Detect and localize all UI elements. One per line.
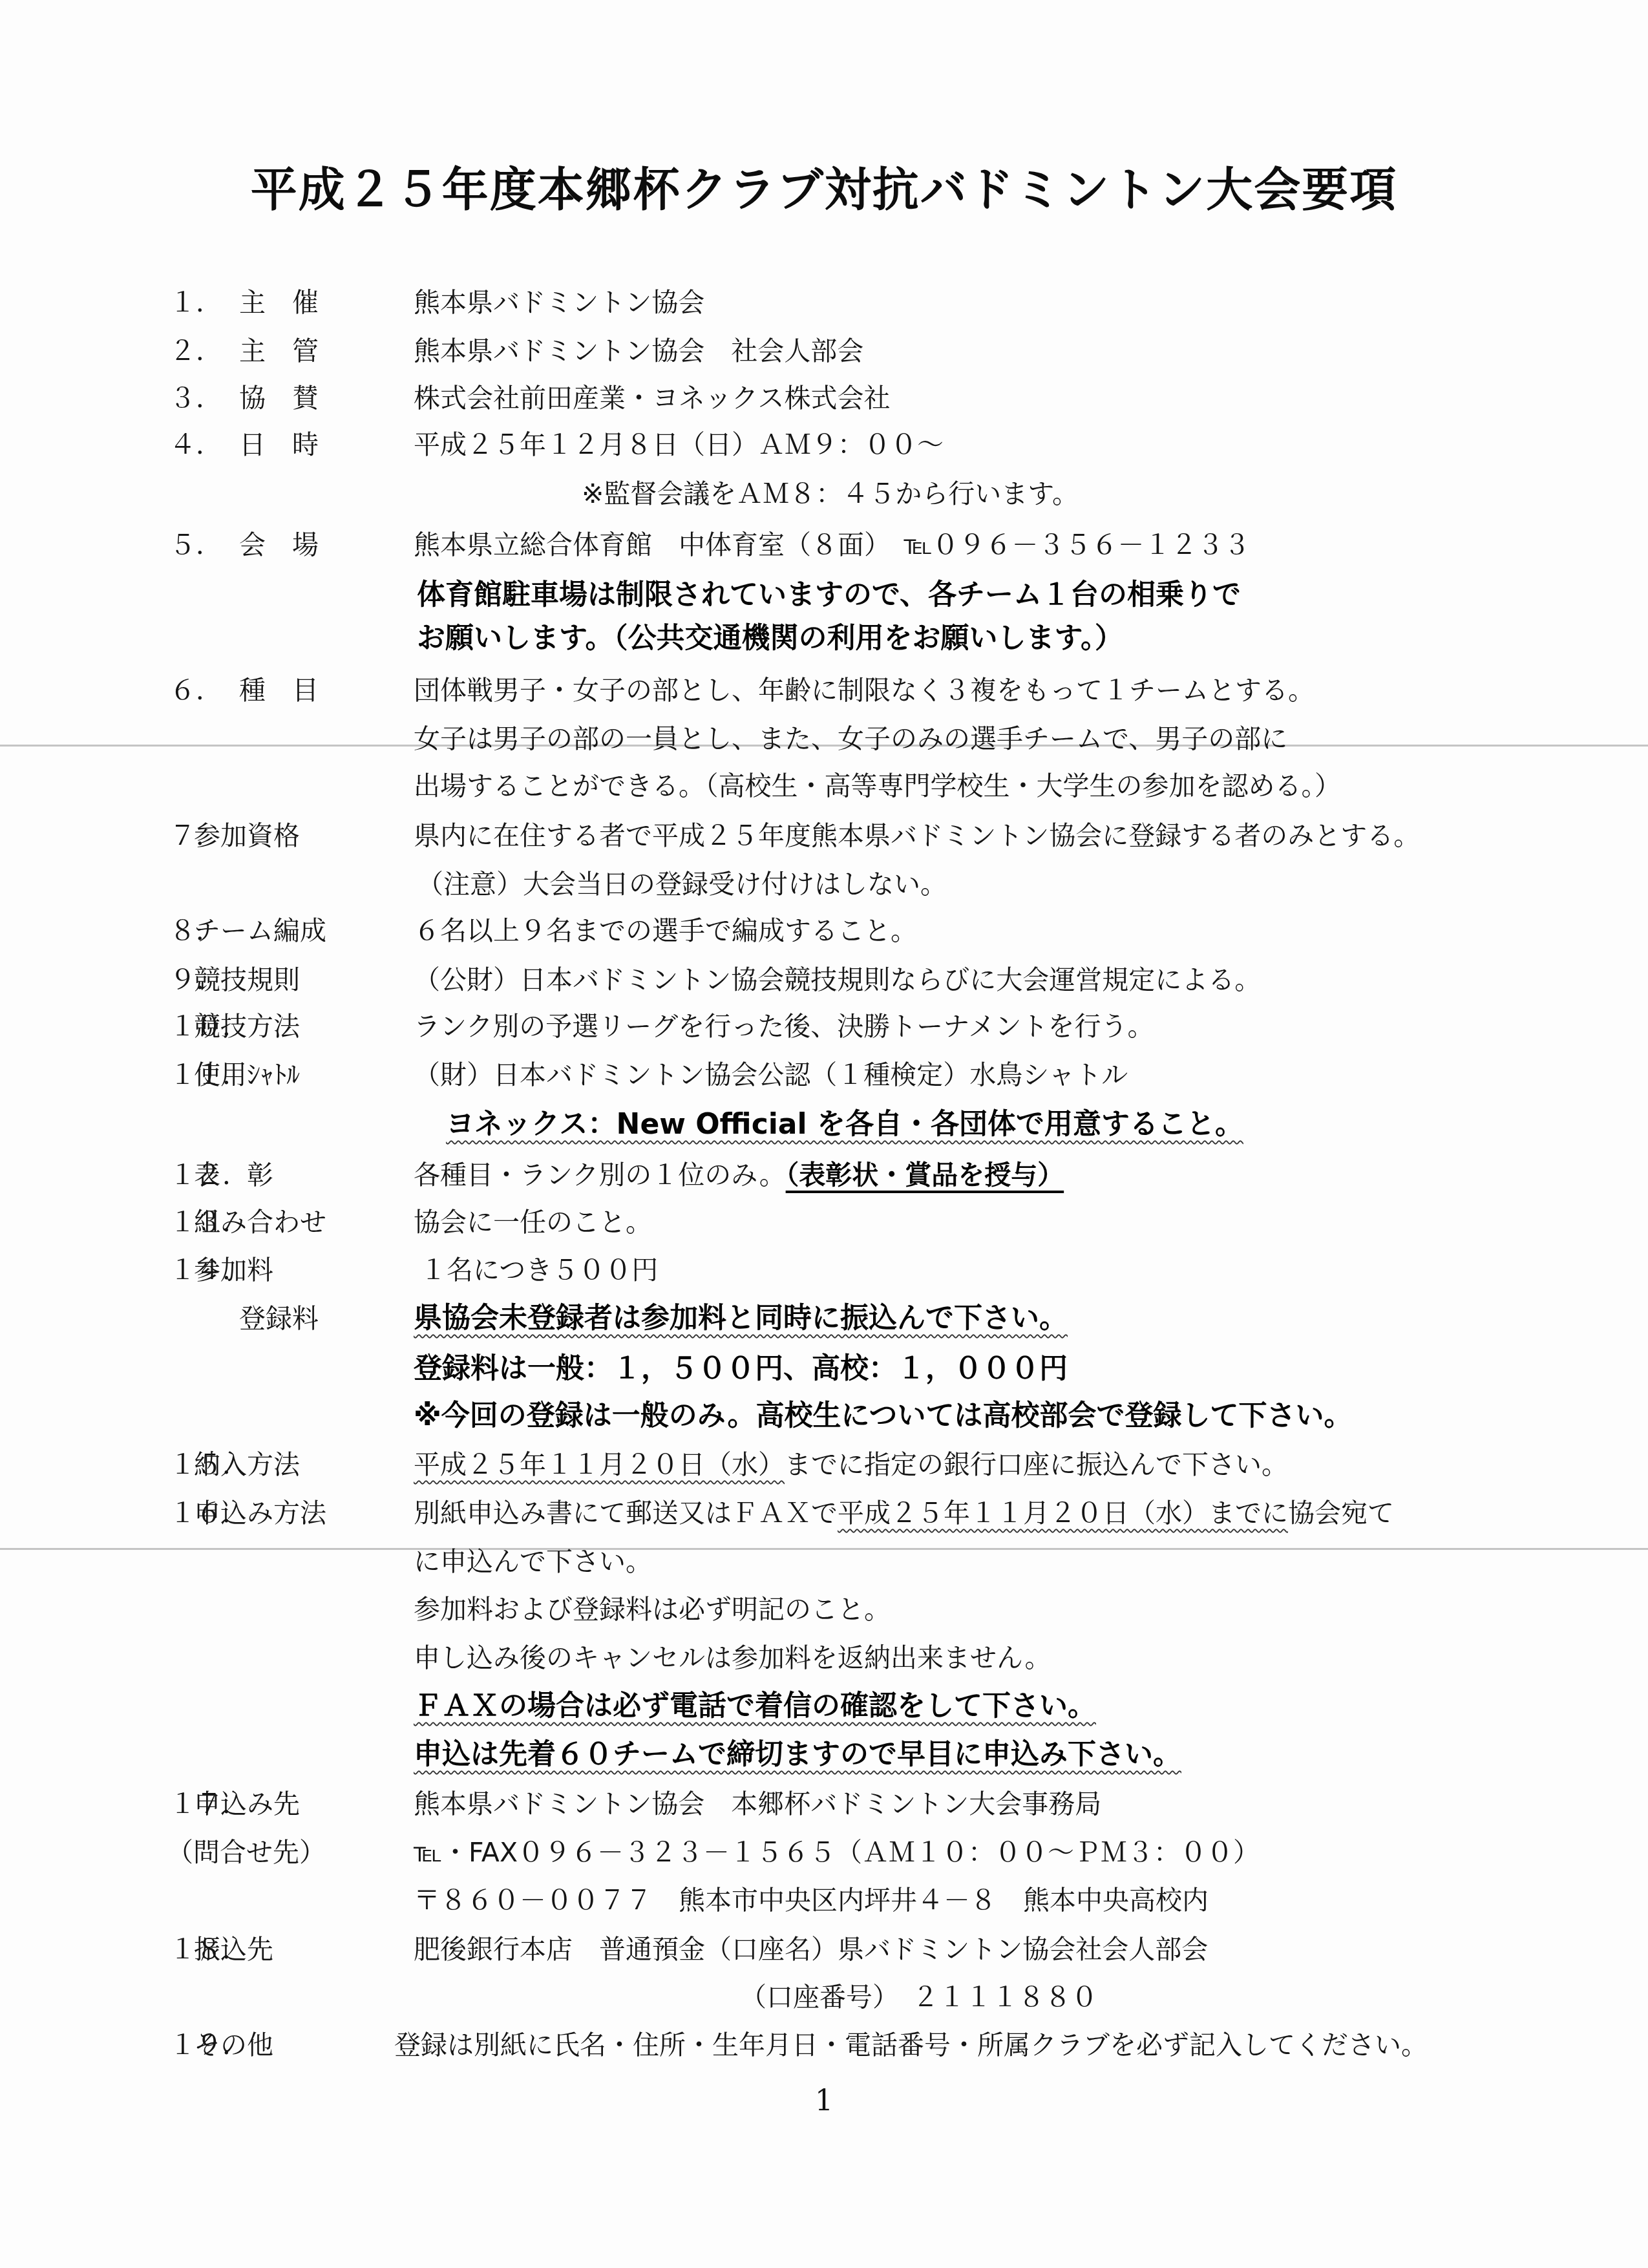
item-value: ランク別の予選リーグを行った後、決勝トーナメントを行う。 (414, 1008, 1154, 1044)
registration-note: ※今回の登録は一般のみ。高校生については高校部会で登録して下さい。 (414, 1398, 1353, 1434)
item-label: 主 管 (239, 333, 319, 369)
item-label: 会 場 (239, 527, 319, 563)
item-value: １名につき５００円 (420, 1252, 658, 1288)
item-value: 協会に一任のこと。 (414, 1204, 652, 1240)
item-value: 平成２５年１１月２０日（水）までに指定の銀行口座に振込んで下さい。 (414, 1447, 1288, 1483)
item-label: チーム編成 (194, 913, 326, 949)
awards-detail: （表彰状・賞品を授与） (786, 1160, 1064, 1191)
item-label: 主 催 (239, 284, 319, 321)
item-label: 競技規則 (194, 962, 300, 998)
account-number: （口座番号） ２１１１８８０ (740, 1979, 1098, 2015)
item-label: 組み合わせ (194, 1204, 326, 1240)
registration-fee-amounts: 登録料は一般：１，５００円、高校：１，０００円 (414, 1351, 1068, 1387)
item-label: 日 時 (239, 427, 319, 463)
item-value: （公財）日本バドミントン協会競技規則ならびに大会運営規定による。 (414, 962, 1261, 998)
managers-meeting-note: ※監督会議をＡＭ８：４５から行います。 (582, 476, 1079, 512)
contact-address: 〒８６０－００７７ 熊本市中央区内坪井４－８ 熊本中央高校内 (414, 1882, 1209, 1918)
item-number: ４． (169, 427, 222, 463)
item-number: １． (169, 284, 222, 321)
eligibility-note: （注意）大会当日の登録受け付けはしない。 (417, 866, 947, 902)
item-label: 申込み方法 (194, 1495, 326, 1531)
item-label: 納入方法 (194, 1447, 300, 1483)
item-value: 熊本県バドミントン協会 社会人部会 (414, 333, 863, 369)
events-line-2: 女子は男子の部の一員とし、また、女子のみの選手チームで、男子の部に (414, 721, 1287, 757)
contact-phone-fax: ℡・FAX０９６－３２３－１５６５（ＡＭ１０：００～ＰＭ３：００） (414, 1834, 1260, 1871)
item-value: 各種目・ランク別の１位のみ。（表彰状・賞品を授与） (414, 1157, 1064, 1193)
page-number: 1 (0, 2084, 1648, 2117)
item-label: 種 目 (239, 672, 319, 708)
item-value: 熊本県バドミントン協会 本郷杯バドミントン大会事務局 (414, 1786, 1101, 1822)
payment-deadline: 平成２５年１１月２０日（水） (414, 1449, 785, 1480)
application-deadline: 平成２５年１１月２０日（水）までに (838, 1498, 1288, 1529)
application-line-3: 参加料および登録料は必ず明記のこと。 (414, 1591, 891, 1627)
item-value: 団体戦男子・女子の部とし、年齢に制限なく３複をもって１チームとする。 (414, 672, 1315, 708)
item-value: ６名以上９名までの選手で編成すること。 (414, 913, 917, 949)
item-value: 肥後銀行本店 普通預金（口座名）県バドミントン協会社会人部会 (414, 1931, 1208, 1967)
events-line-3: 出場することができる。（高校生・高等専門学校生・大学生の参加を認める。） (414, 768, 1341, 804)
public-transport-notice: お願いします。（公共交通機関の利用をお願いします。） (417, 620, 1123, 657)
cancellation-policy: 申し込み後のキャンセルは参加料を返納出来ません。 (414, 1640, 1051, 1676)
item-number: ６． (169, 672, 222, 708)
item-value: 平成２５年１２月８日（日）ＡＭ９：００～ (414, 427, 944, 463)
item-label: 振込先 (194, 1931, 273, 1967)
item-value: 別紙申込み書にて郵送又はＦＡＸで平成２５年１１月２０日（水）までに協会宛て (414, 1495, 1394, 1531)
shuttle-brand-notice: ヨネックス：New Official を各自・各団体で用意すること。 (446, 1107, 1243, 1143)
item-value: 熊本県立総合体育館 中体育室（８面） ℡０９６－３５６－１２３３ (414, 527, 1251, 563)
fax-confirmation-notice: ＦＡＸの場合は必ず電話で着信の確認をして下さい。 (414, 1688, 1096, 1724)
item-value: 株式会社前田産業・ヨネックス株式会社 (414, 380, 891, 416)
document-page: 平成２５年度本郷杯クラブ対抗バドミントン大会要項 １． 主 催 熊本県バドミント… (0, 0, 1648, 2268)
item-label: 表 彰 (194, 1157, 273, 1193)
item-value: 熊本県バドミントン協会 (414, 284, 704, 321)
paper-fold-line (0, 1548, 1648, 1550)
parking-notice: 体育館駐車場は制限されていますので、各チーム１台の相乗りで (417, 577, 1241, 613)
first-come-notice: 申込は先着６０チームで締切ますので早目に申込み下さい。 (414, 1737, 1181, 1773)
item-label: 登録料 (239, 1300, 319, 1337)
item-label: 申込み先 (194, 1786, 300, 1822)
item-number: ３． (169, 380, 222, 416)
item-value: （財）日本バドミントン協会公認（１種検定）水鳥シャトル (414, 1057, 1128, 1093)
item-value: 登録は別紙に氏名・住所・生年月日・電話番号・所属クラブを必ず記入してください。 (394, 2027, 1428, 2063)
item-label: （問合せ先） (167, 1834, 326, 1871)
document-title: 平成２５年度本郷杯クラブ対抗バドミントン大会要項 (0, 152, 1648, 219)
item-value: 県内に在住する者で平成２５年度熊本県バドミントン協会に登録する者のみとする。 (414, 818, 1420, 854)
item-label: 協 賛 (239, 380, 319, 416)
item-label: 競技方法 (194, 1008, 300, 1044)
item-number: ５． (169, 527, 222, 563)
application-line-2: に申込んで下さい。 (414, 1543, 652, 1580)
item-value: 県協会未登録者は参加料と同時に振込んで下さい。 (414, 1300, 1068, 1337)
item-label: その他 (194, 2027, 273, 2063)
item-label: 参加料 (194, 1252, 273, 1288)
item-number: ２． (169, 333, 222, 369)
item-label: 使用ｼｬﾄﾙ (194, 1057, 300, 1093)
item-label: 参加資格 (194, 818, 300, 854)
